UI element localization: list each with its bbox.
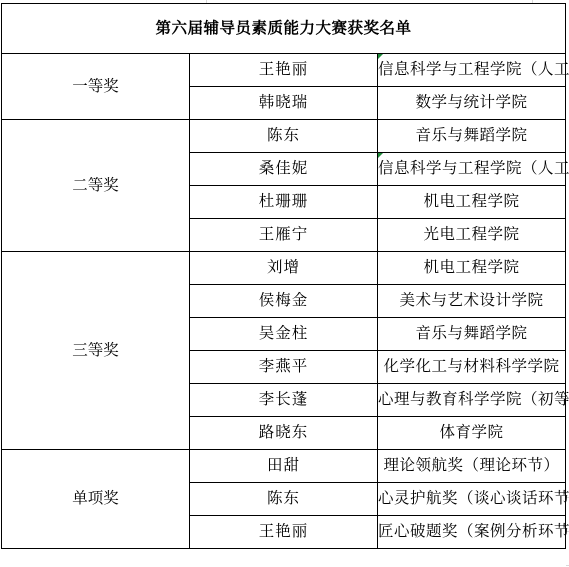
category-cell-first-prize[interactable]: 一等奖 xyxy=(2,54,190,120)
award-cell[interactable]: 心灵护航奖（谈心谈话环节） xyxy=(378,483,566,516)
college-cell[interactable]: 机电工程学院 xyxy=(378,252,566,285)
name-cell[interactable]: 陈东 xyxy=(190,483,378,516)
college-cell[interactable]: 音乐与舞蹈学院 xyxy=(378,120,566,153)
table-title[interactable]: 第六届辅导员素质能力大赛获奖名单 xyxy=(2,4,566,54)
college-cell[interactable]: 美术与艺术设计学院 xyxy=(378,285,566,318)
table-row: 单项奖 田甜 理论领航奖（理论环节） xyxy=(2,450,566,483)
award-list-table: 第六届辅导员素质能力大赛获奖名单 一等奖 王艳丽 信息科学与工程学院（人工智能学… xyxy=(1,3,566,549)
name-cell[interactable]: 刘增 xyxy=(190,252,378,285)
name-cell[interactable]: 桑佳妮 xyxy=(190,153,378,186)
name-cell[interactable]: 路晓东 xyxy=(190,417,378,450)
category-cell-special-award[interactable]: 单项奖 xyxy=(2,450,190,549)
name-cell[interactable]: 田甜 xyxy=(190,450,378,483)
college-cell[interactable]: 信息科学与工程学院（人工智能学院） xyxy=(378,153,566,186)
college-text: 信息科学与工程学院（人工智能学院） xyxy=(378,159,569,177)
name-cell[interactable]: 吴金柱 xyxy=(190,318,378,351)
comment-marker-icon xyxy=(378,54,383,59)
category-cell-second-prize[interactable]: 二等奖 xyxy=(2,120,190,252)
name-cell[interactable]: 王艳丽 xyxy=(190,54,378,87)
category-cell-third-prize[interactable]: 三等奖 xyxy=(2,252,190,450)
award-cell[interactable]: 匠心破题奖（案例分析环节） xyxy=(378,516,566,549)
name-cell[interactable]: 李燕平 xyxy=(190,351,378,384)
college-cell[interactable]: 机电工程学院 xyxy=(378,186,566,219)
table-row: 一等奖 王艳丽 信息科学与工程学院（人工智能学院） xyxy=(2,54,566,87)
name-cell[interactable]: 王雁宁 xyxy=(190,219,378,252)
table-row: 三等奖 刘增 机电工程学院 xyxy=(2,252,566,285)
college-text: 信息科学与工程学院（人工智能学院） xyxy=(378,60,569,78)
college-cell[interactable]: 心理与教育科学学院（初等教育学院） xyxy=(378,384,566,417)
college-cell[interactable]: 音乐与舞蹈学院 xyxy=(378,318,566,351)
name-cell[interactable]: 陈东 xyxy=(190,120,378,153)
table-row: 二等奖 陈东 音乐与舞蹈学院 xyxy=(2,120,566,153)
college-cell[interactable]: 信息科学与工程学院（人工智能学院） xyxy=(378,54,566,87)
college-cell[interactable]: 数学与统计学院 xyxy=(378,87,566,120)
award-cell[interactable]: 理论领航奖（理论环节） xyxy=(378,450,566,483)
name-cell[interactable]: 李长蓬 xyxy=(190,384,378,417)
comment-marker-icon xyxy=(378,153,383,158)
name-cell[interactable]: 王艳丽 xyxy=(190,516,378,549)
name-cell[interactable]: 杜珊珊 xyxy=(190,186,378,219)
college-cell[interactable]: 化学化工与材料科学学院 xyxy=(378,351,566,384)
name-cell[interactable]: 侯梅金 xyxy=(190,285,378,318)
name-cell[interactable]: 韩晓瑞 xyxy=(190,87,378,120)
college-cell[interactable]: 光电工程学院 xyxy=(378,219,566,252)
college-cell[interactable]: 体育学院 xyxy=(378,417,566,450)
